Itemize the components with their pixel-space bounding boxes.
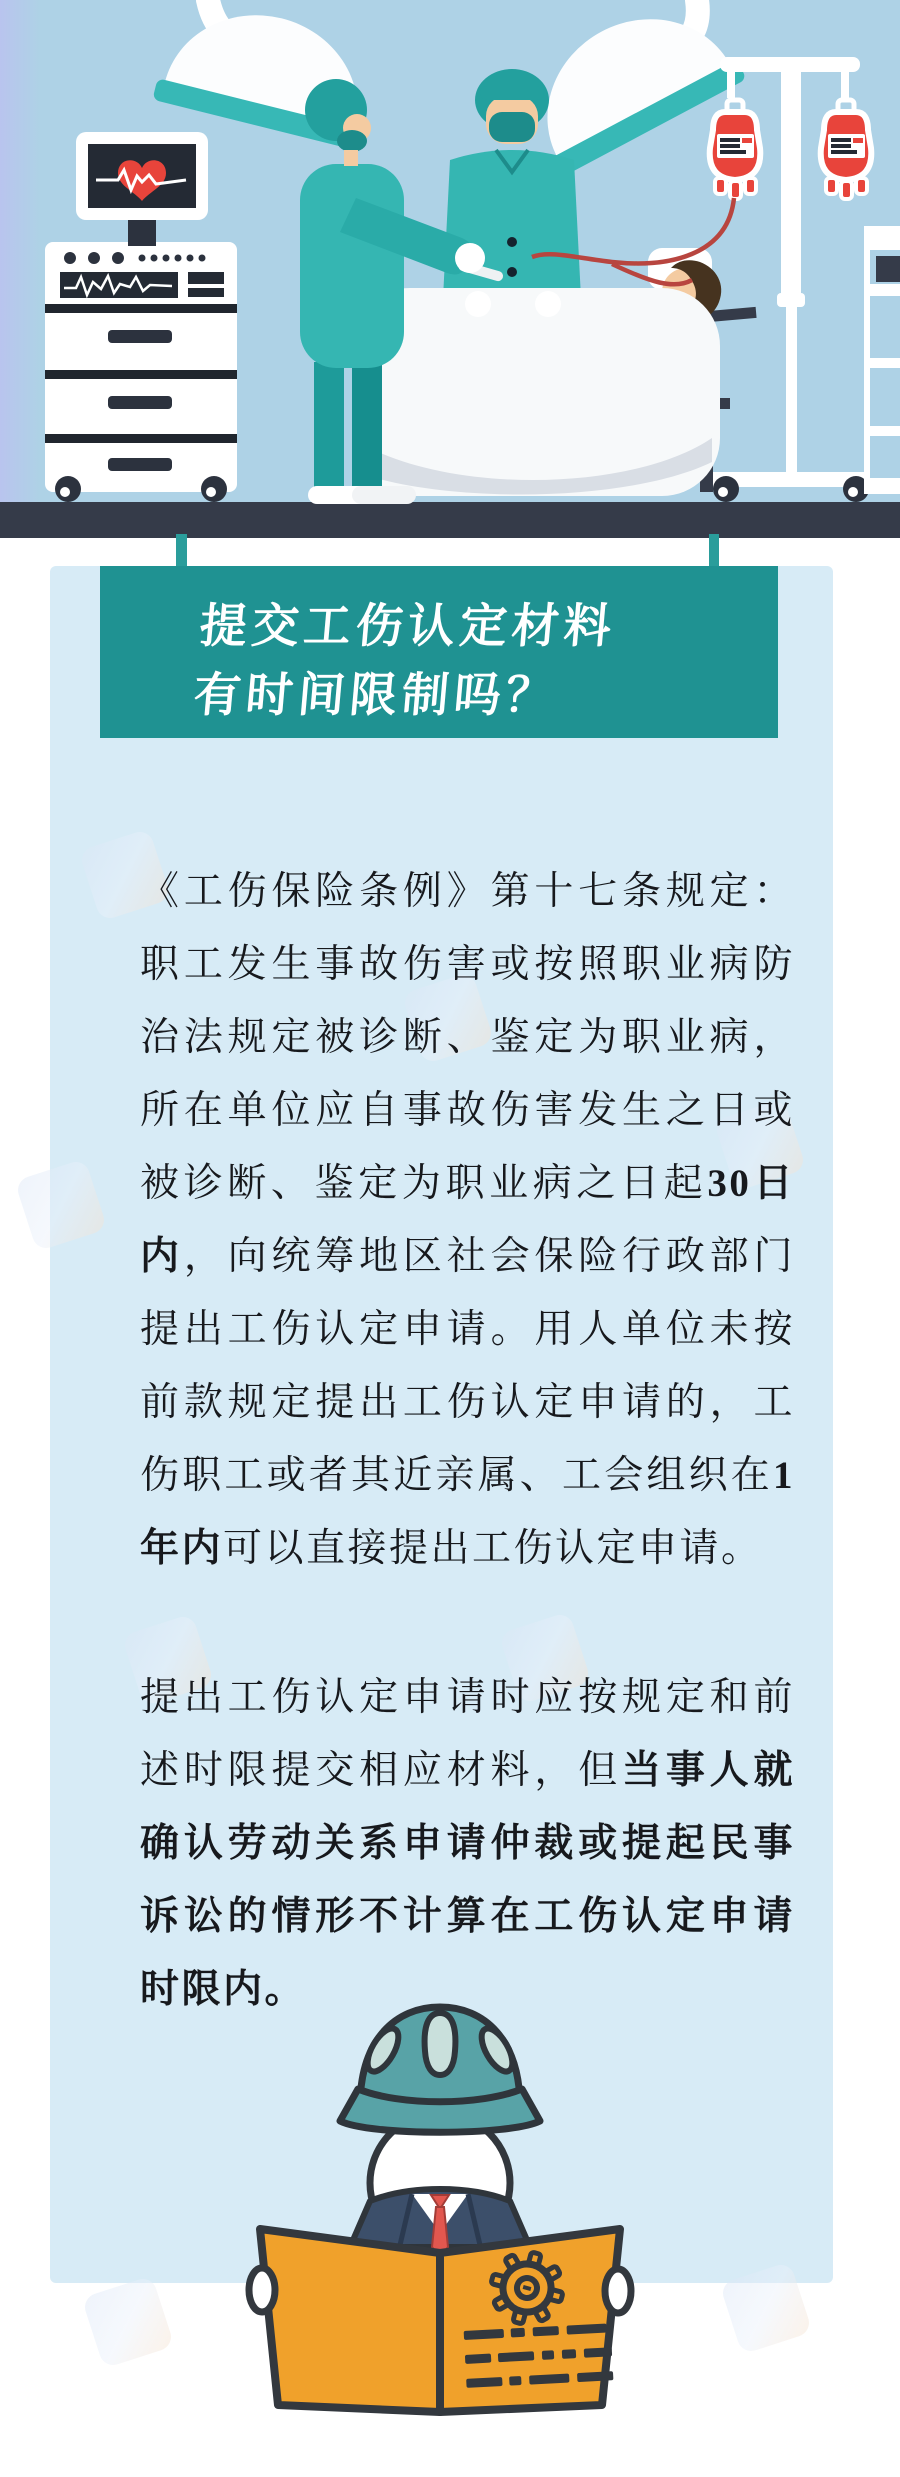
blood-bag-icon [821, 100, 872, 199]
work-injury-infographic: 提交工伤认定材料 有时间限制吗？ 《工伤保险条例》第十七条规定：职工发生事故伤害… [0, 0, 900, 2477]
article-paragraph-1: 《工伤保险条例》第十七条规定：职工发生事故伤害或按照职业病防治法规定被诊断、鉴定… [140, 855, 795, 1585]
banner-hanger-right [709, 534, 719, 568]
paragraph-text: 《工伤保险条例》第十七条规定：职工发生事故伤害或按照职业病防治法规定被诊断、鉴定… [140, 870, 795, 1205]
article-paragraph-2: 提出工伤认定申请时应按规定和前述时限提交相应材料，但当事人就确认劳动关系申请仲裁… [140, 1661, 795, 2026]
open-document [249, 2229, 631, 2412]
paragraph-text: ，向统筹地区社会保险行政部门提出工伤认定申请。用人单位未按前款规定提出工伤认定申… [140, 1235, 795, 1497]
worker-illustration [240, 1995, 640, 2425]
banner-title-line-1: 提交工伤认定材料 [197, 591, 783, 660]
article-body: 《工伤保险条例》第十七条规定：职工发生事故伤害或按照职业病防治法规定被诊断、鉴定… [140, 855, 795, 2026]
operating-room-illustration [0, 0, 900, 538]
title-banner: 提交工伤认定材料 有时间限制吗？ [100, 566, 778, 738]
banner-hanger-left [176, 534, 187, 568]
paragraph-text: 可以直接提出工伤认定申请。 [223, 1527, 763, 1570]
hard-hat-icon [340, 2007, 540, 2132]
banner-title: 提交工伤认定材料 有时间限制吗？ [93, 566, 785, 729]
thumb-left [249, 2268, 275, 2312]
blood-bag-icon [710, 100, 761, 199]
wall-accent [0, 0, 40, 538]
equipment-rack [864, 226, 900, 494]
watermark-icon [81, 2275, 174, 2368]
thumb-right [605, 2269, 631, 2313]
banner-title-line-2: 有时间限制吗？ [191, 660, 777, 729]
or-floor [0, 502, 900, 538]
